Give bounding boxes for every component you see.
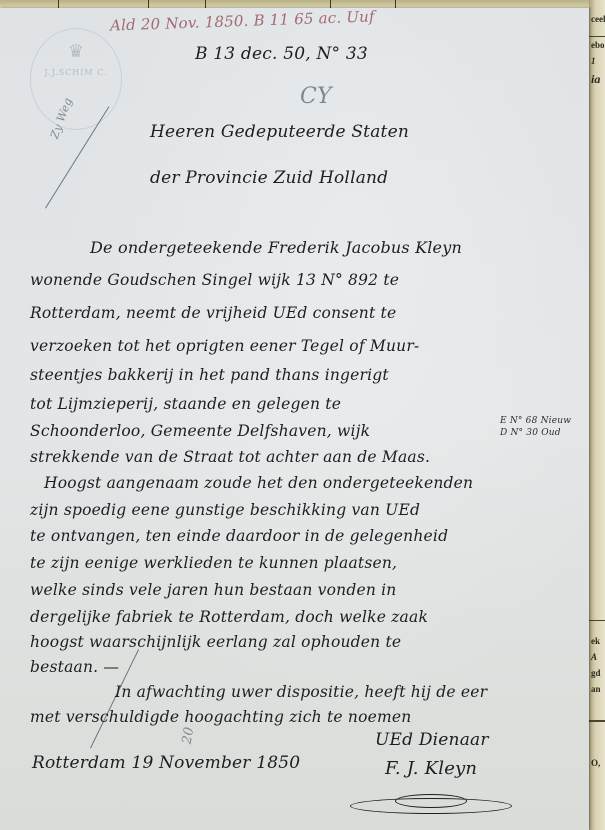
place-and-date: Rotterdam 19 November 1850 (32, 753, 300, 773)
body-line: tot Lijmzieperij, staande en gelegen te (30, 395, 341, 413)
body-line: met verschuldigde hoogachting zich te no… (30, 708, 411, 726)
body-line: steentjes bakkerij in het pand thans ing… (30, 366, 389, 384)
body-line: Rotterdam, neemt de vrijheid UEd consent… (30, 304, 396, 322)
body-line: hoogst waarschijnlijk eerlang zal ophoud… (30, 633, 401, 651)
addressee-line-1: Heeren Gedeputeerde Staten (150, 122, 409, 142)
body-line: In afwachting uwer dispositie, heeft hij… (115, 683, 487, 701)
reference-number: B 13 dec. 50, N° 33 (195, 44, 368, 64)
body-line: Schoonderloo, Gemeente Delfshaven, wijk (30, 422, 370, 440)
red-receipt-annotation: Ald 20 Nov. 1850. B 11 65 ac. Uuf (110, 7, 375, 34)
body-line: De ondergeteekende Frederik Jacobus Kley… (90, 238, 462, 257)
body-line: Hoogst aangenaam zoude het den ondergete… (44, 474, 473, 492)
addressee-line-2: der Provincie Zuid Holland (150, 168, 388, 188)
register-fragment: O, (591, 758, 600, 768)
embossed-seal-stamp: ♛ J.J.SCHIM C. (30, 28, 122, 130)
underlying-register-page-edge: ceel ebo 1 ia ek A gd an O, (589, 0, 605, 830)
body-line: te ontvangen, ten einde daardoor in de g… (30, 527, 448, 545)
register-fragment: ek (591, 636, 600, 646)
register-fragment: ia (591, 72, 600, 87)
pencil-number-mark: 20 (180, 726, 198, 745)
letter-sheet: ♛ J.J.SCHIM C. Ald 20 Nov. 1850. B 11 65… (0, 8, 589, 830)
signature: F. J. Kleyn (385, 758, 477, 779)
wijk-note-line-2: D N° 30 Oud (500, 428, 561, 438)
pencil-initials: CY (300, 84, 332, 109)
register-fragment: an (591, 684, 601, 694)
body-line: welke sinds vele jaren hun bestaan vonde… (30, 581, 396, 599)
closing-salutation: UEd Dienaar (375, 730, 489, 750)
register-fragment: ceel (591, 14, 605, 24)
wijk-note-line-1: E N° 68 Nieuw (500, 416, 571, 426)
body-line: te zijn eenige werklieden te kunnen plaa… (30, 554, 397, 572)
body-line: bestaan. — (30, 658, 119, 676)
stamp-text: J.J.SCHIM C. (31, 68, 121, 77)
body-line: zijn spoedig eene gunstige beschikking v… (30, 501, 420, 519)
register-fragment: 1 (591, 56, 596, 66)
body-line: strekkende van de Straat tot achter aan … (30, 448, 430, 466)
signature-flourish (395, 794, 467, 808)
crown-icon: ♛ (31, 41, 121, 62)
register-fragment: ebo (591, 40, 605, 50)
register-fragment: A (591, 652, 597, 662)
body-line: verzoeken tot het oprigten eener Tegel o… (30, 337, 419, 355)
body-line: dergelijke fabriek te Rotterdam, doch we… (30, 608, 428, 626)
register-fragment: gd (591, 668, 601, 678)
body-line: wonende Goudschen Singel wijk 13 N° 892 … (30, 271, 399, 289)
